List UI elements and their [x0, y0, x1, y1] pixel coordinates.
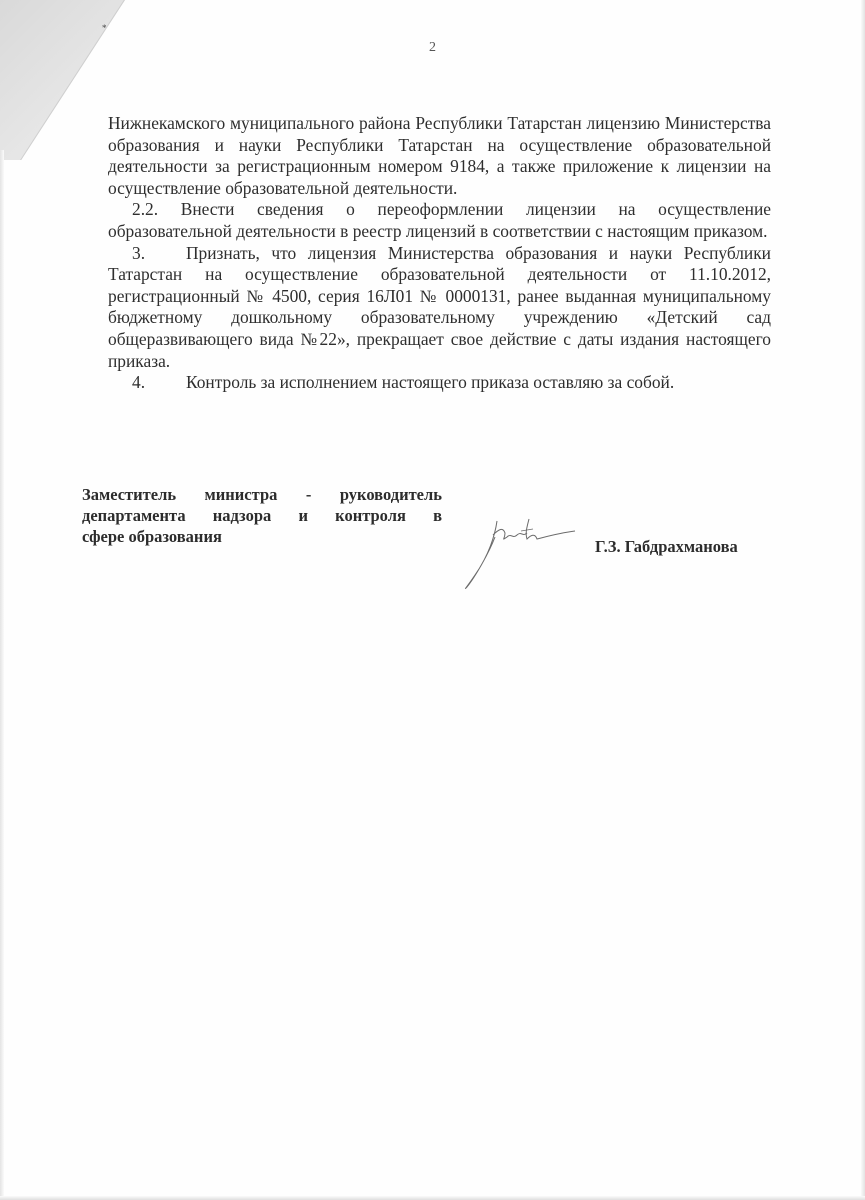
signatory-title-line: департамента надзора и контроля в: [82, 505, 442, 526]
paragraph-item-4: 4.Контроль за исполнением настоящего при…: [108, 372, 771, 394]
handwritten-signature-icon: [455, 515, 595, 595]
document-page: * 2 Нижнекамского муниципального района …: [0, 0, 865, 1200]
page-edge-left: [0, 150, 4, 1200]
item-number: 4.: [132, 372, 186, 394]
paragraph-item-2-2: 2.2. Внести сведения о переоформлении ли…: [108, 199, 771, 242]
paragraph-item-3: 3.Признать, что лицензия Министерства об…: [108, 243, 771, 373]
paragraph-continuation: Нижнекамского муниципального района Респ…: [108, 113, 771, 199]
page-edge-bottom: [0, 1196, 865, 1200]
page-edge-right: [861, 0, 865, 1200]
page-number: 2: [0, 40, 865, 56]
item-text: Контроль за исполнением настоящего прика…: [186, 372, 674, 392]
item-text: Признать, что лицензия Министерства обра…: [108, 243, 771, 371]
signatory-title: Заместитель министра - руководитель депа…: [82, 484, 442, 547]
signatory-title-line: Заместитель министра - руководитель: [82, 484, 442, 505]
corner-mark: *: [102, 23, 107, 33]
document-body: Нижнекамского муниципального района Респ…: [108, 113, 771, 394]
item-number: 3.: [132, 243, 186, 265]
signatory-name: Г.З. Габдрахманова: [595, 537, 738, 557]
signatory-title-line: сфере образования: [82, 526, 442, 547]
